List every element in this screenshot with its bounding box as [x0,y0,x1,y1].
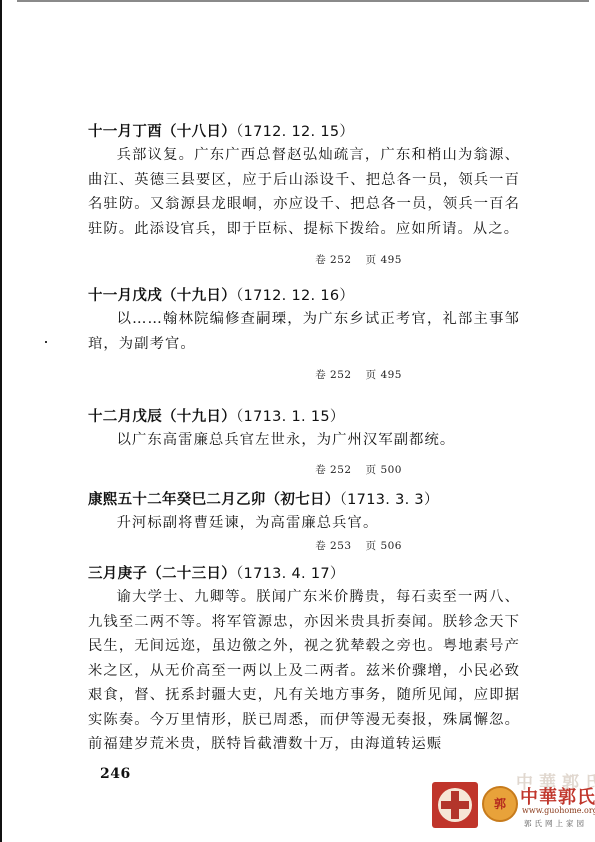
entry-1712-12-15: 十一月丁酉（十八日）（1712. 12. 15） 兵部议复。广东广西总督赵弘灿疏… [88,121,520,269]
entry-date: （1712. 12. 16） [236,288,354,304]
entry-1712-12-16: 十一月戊戌（十九日）（1712. 12. 16） 以……翰林院编修查嗣瑮，为广东… [88,285,520,384]
citation-volume: 卷 253 [315,540,351,552]
entry-title: 十二月戊辰（十九日） [88,409,236,425]
entry-paragraph: 以……翰林院编修查嗣瑮，为广东乡试正考官，礼部主事邹琯，为副考官。 [88,307,520,356]
citation-page: 页 495 [366,369,402,381]
entry-heading: 十一月丁酉（十八日）（1712. 12. 15） [88,121,520,143]
entry-heading: 三月庚子（二十三日）（1713. 4. 17） [88,563,520,585]
citation-volume: 卷 252 [315,254,351,266]
citation: 卷 253页 506 [88,537,520,555]
entry-1713-03-03: 康熙五十二年癸巳二月乙卯（初七日）（1713. 3. 3） 升河标副将曹廷谏，为… [88,489,520,556]
watermark-slogan: 郭氏网上家园 [524,818,587,829]
cross-emblem-icon [432,782,478,828]
entry-1713-04-17: 三月庚子（二十三日）（1713. 4. 17） 谕大学士、九卿等。朕闻广东米价腾… [88,563,520,757]
entry-paragraph: 谕大学士、九卿等。朕闻广东米价腾贵，每石卖至一两八、九钱至二两不等。将军管源忠，… [88,585,520,757]
citation-page: 页 506 [366,540,402,552]
entry-heading: 康熙五十二年癸巳二月乙卯（初七日）（1713. 3. 3） [88,489,520,511]
watermark-url: www.guohome.org [522,806,595,815]
entry-date: （1713. 1. 15） [236,409,345,425]
citation-page: 页 495 [366,254,402,266]
site-watermark-logo: 中華郭氏網 郭 中華郭氏網 www.guohome.org 郭氏网上家园 [432,778,590,834]
citation: 卷 252页 500 [88,461,520,479]
document-body: 十一月丁酉（十八日）（1712. 12. 15） 兵部议复。广东广西总督赵弘灿疏… [88,121,520,757]
entry-paragraph: 以广东高雷廉总兵官左世永，为广州汉军副都统。 [88,428,520,453]
entry-date: （1712. 12. 15） [236,124,354,140]
entry-paragraph: 升河标副将曹廷谏，为高雷廉总兵官。 [88,511,520,536]
entry-paragraph: 兵部议复。广东广西总督赵弘灿疏言，广东和梢山为翁源、曲江、英德三县要区，应于后山… [88,143,520,241]
seal-icon: 郭 [482,786,518,822]
citation: 卷 252页 495 [88,366,520,384]
entry-title: 康熙五十二年癸巳二月乙卯（初七日） [88,492,340,508]
citation: 卷 252页 495 [88,251,520,269]
citation-page: 页 500 [366,464,402,476]
entry-title: 十一月戊戌（十九日） [88,288,236,304]
citation-volume: 卷 252 [315,369,351,381]
entry-date: （1713. 4. 17） [236,566,345,582]
top-rule [17,0,589,2]
entry-title: 三月庚子（二十三日） [88,566,236,582]
citation-volume: 卷 252 [315,464,351,476]
scan-speck [45,341,47,343]
entry-heading: 十二月戊辰（十九日）（1713. 1. 15） [88,406,520,428]
entry-date: （1713. 3. 3） [340,492,439,508]
entry-heading: 十一月戊戌（十九日）（1712. 12. 16） [88,285,520,307]
page-left-edge [0,0,2,842]
page-number: 246 [100,766,131,782]
entry-title: 十一月丁酉（十八日） [88,124,236,140]
entry-1713-01-15: 十二月戊辰（十九日）（1713. 1. 15） 以广东高雷廉总兵官左世永，为广州… [88,406,520,479]
